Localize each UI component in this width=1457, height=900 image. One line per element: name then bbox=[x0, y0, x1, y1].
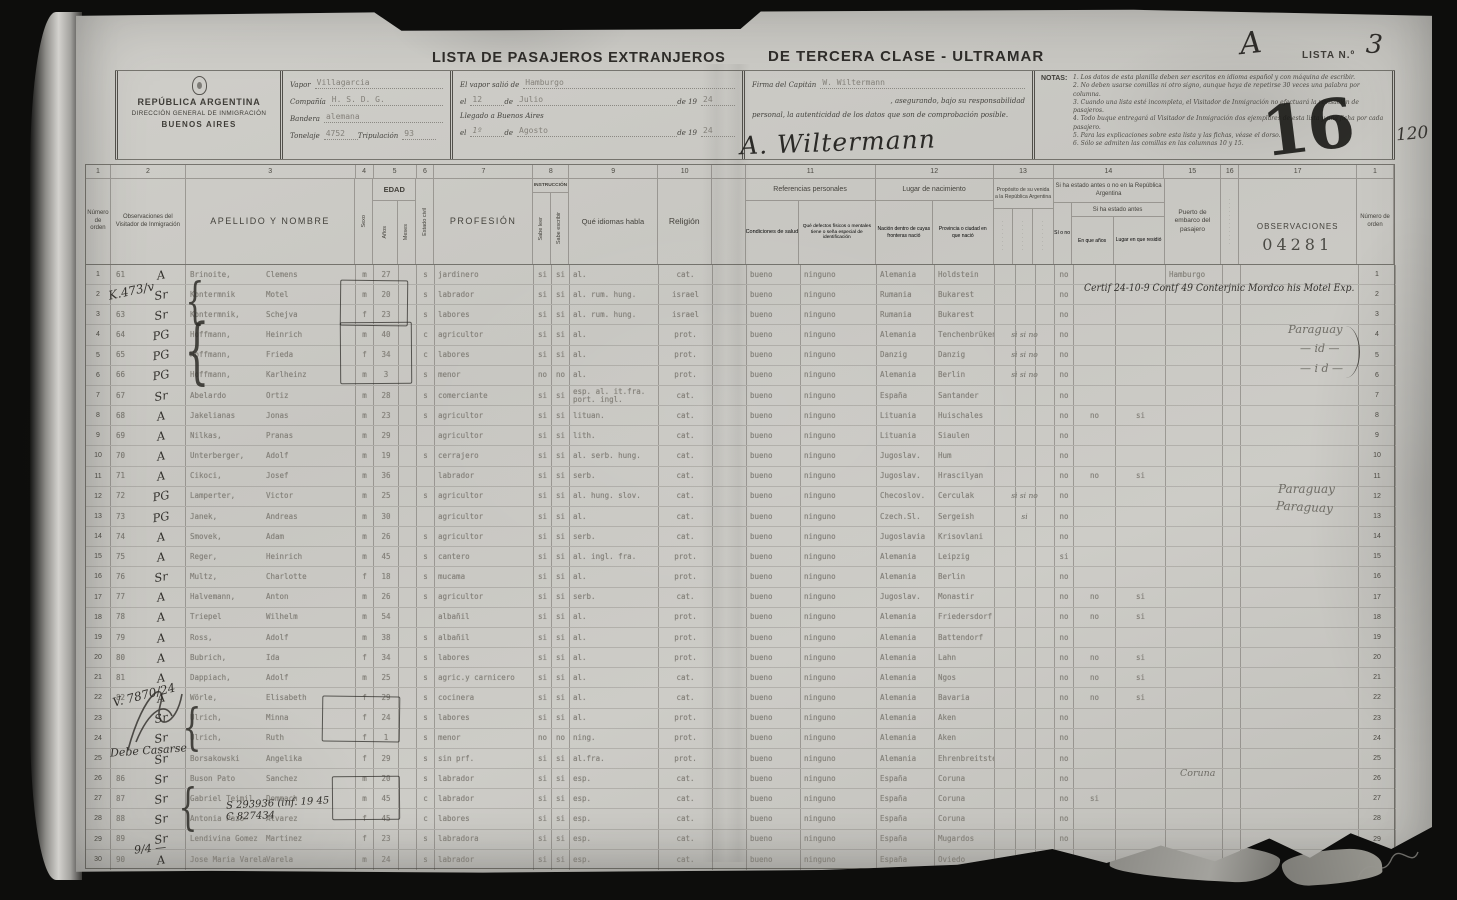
cell-anios bbox=[1074, 628, 1116, 647]
column-number: 8 bbox=[533, 165, 569, 178]
cell-fold bbox=[713, 789, 747, 808]
cell-rel: prot. bbox=[659, 547, 713, 566]
cell-si: no bbox=[1055, 729, 1074, 748]
cell-lee: si bbox=[534, 769, 552, 788]
cell-obs: 69A bbox=[111, 426, 186, 445]
cell-num2: 25 bbox=[1359, 749, 1396, 768]
cell-def: ninguno bbox=[801, 265, 877, 284]
col-header-meses: Meses bbox=[398, 201, 416, 264]
cell-civ: s bbox=[417, 688, 435, 707]
column-number: 5 bbox=[374, 165, 417, 178]
cell-sex: m bbox=[356, 406, 374, 425]
cell-mes bbox=[399, 527, 417, 546]
cell-lee: si bbox=[534, 709, 552, 728]
cell-anios bbox=[1074, 567, 1116, 586]
cell-fold bbox=[713, 749, 747, 768]
cell-nac: España bbox=[877, 789, 935, 808]
cell-fold bbox=[713, 325, 747, 344]
cell-obs17 bbox=[1241, 809, 1359, 828]
handwritten-mark: A bbox=[136, 547, 185, 566]
salio-label: El vapor salió de bbox=[460, 81, 519, 89]
table-row: 363SrKontermnik,Schejvaf23slaboressisial… bbox=[86, 305, 1396, 325]
cell-obs: 70A bbox=[111, 446, 186, 465]
column-number: 1 bbox=[86, 165, 111, 178]
cell-idio: esp. bbox=[570, 830, 659, 849]
salio-value: Hamburgo bbox=[523, 78, 735, 89]
cell-lugar bbox=[1116, 809, 1166, 828]
cell-def: ninguno bbox=[801, 588, 877, 607]
cell-prof: agric.y carnicero bbox=[435, 668, 534, 687]
cell-anios bbox=[1074, 850, 1116, 870]
cell-def: ninguno bbox=[801, 527, 877, 546]
cell-esc: si bbox=[552, 688, 570, 707]
cell-num: 11 bbox=[86, 467, 111, 486]
cell-lee: si bbox=[534, 386, 552, 405]
cell-name: Bubrich,Ida bbox=[186, 648, 356, 667]
col-header-proposito-sub-1 bbox=[994, 209, 1014, 264]
cell-16 bbox=[1223, 507, 1241, 526]
cell-16 bbox=[1223, 567, 1241, 586]
cell-prof: cerrajero bbox=[435, 446, 534, 465]
col-header-profesion: PROFESIÓN bbox=[434, 179, 533, 264]
cell-esc: si bbox=[552, 567, 570, 586]
handwritten-mark: PG bbox=[136, 507, 185, 526]
cell-lee: si bbox=[534, 588, 552, 607]
cell-anios: no bbox=[1074, 668, 1116, 687]
cell-sex: f bbox=[356, 830, 374, 849]
pencil-sequence-number: 71 bbox=[111, 472, 137, 480]
de19-label: de 19 bbox=[677, 129, 697, 137]
cell-name: Hoffmann,Karlheinz bbox=[186, 366, 356, 385]
cell-prof: labrador bbox=[435, 850, 534, 870]
cell-anos: 18 bbox=[374, 567, 399, 586]
cell-idio: esp. bbox=[570, 809, 659, 828]
cell-rel: cat. bbox=[659, 850, 713, 870]
cell-nac: España bbox=[877, 386, 935, 405]
cell-fold bbox=[713, 850, 747, 870]
cell-idio: serb. bbox=[570, 588, 659, 607]
cell-lugar bbox=[1116, 446, 1166, 465]
cell-num2: 18 bbox=[1359, 608, 1396, 627]
passenger-surname: Cikoci, bbox=[186, 472, 264, 480]
cell-lee: si bbox=[534, 648, 552, 667]
cell-lugar: si bbox=[1116, 608, 1166, 627]
cell-lugar bbox=[1116, 789, 1166, 808]
tripulacion-value: 93 bbox=[402, 129, 436, 140]
cell-puerto bbox=[1166, 749, 1223, 768]
cell-num2: 5 bbox=[1359, 346, 1396, 365]
cell-puerto bbox=[1166, 608, 1223, 627]
cell-obs17 bbox=[1241, 709, 1359, 728]
cell-prop bbox=[995, 527, 1055, 546]
handwritten-mark: A bbox=[136, 648, 185, 667]
cell-16 bbox=[1223, 648, 1241, 667]
cell-puerto bbox=[1166, 527, 1223, 546]
authority-dept: DIRECCIÓN GENERAL DE INMIGRACIÓN bbox=[125, 110, 273, 117]
cell-rel: cat. bbox=[659, 789, 713, 808]
table-row: 666PGHoffmann,Karlheinzm3smenornonoal.pr… bbox=[86, 366, 1396, 386]
cell-civ bbox=[417, 467, 435, 486]
cell-puerto bbox=[1166, 366, 1223, 385]
cell-salud: bueno bbox=[747, 769, 801, 788]
cell-prop bbox=[995, 446, 1055, 465]
cell-num2: 12 bbox=[1359, 487, 1396, 506]
cell-salud: bueno bbox=[747, 265, 801, 284]
tonelaje-label: Tonelaje bbox=[290, 132, 320, 140]
column-number: 6 bbox=[417, 165, 435, 178]
cell-lee: si bbox=[534, 426, 552, 445]
cell-si: no bbox=[1055, 426, 1074, 445]
cell-civ: s bbox=[417, 769, 435, 788]
cell-fold bbox=[713, 769, 747, 788]
col-header-observaciones-visitador: Observaciones del Visitador de Inmigraci… bbox=[111, 179, 186, 264]
table-row: 2181ADappiach,Adolfm25sagric.y carnicero… bbox=[86, 668, 1396, 688]
col-header-lugar-nacimiento: Lugar de nacimiento Nación dentro de cuy… bbox=[876, 179, 994, 264]
cell-obs17 bbox=[1241, 789, 1359, 808]
document-page: LISTA DE PASAJEROS EXTRANJEROS DE TERCER… bbox=[76, 8, 1432, 884]
pencil-sequence-number: 90 bbox=[111, 856, 137, 864]
cell-prov: Friedersdorf bbox=[935, 608, 995, 627]
cell-prop bbox=[995, 648, 1055, 667]
cell-lee: si bbox=[534, 850, 552, 870]
cell-prov: Santander bbox=[935, 386, 995, 405]
cell-def: ninguno bbox=[801, 608, 877, 627]
cell-sex: m bbox=[356, 426, 374, 445]
cell-lee: si bbox=[534, 285, 552, 304]
cell-salud: bueno bbox=[747, 830, 801, 849]
cell-si: no bbox=[1055, 386, 1074, 405]
cell-def: ninguno bbox=[801, 406, 877, 425]
cell-mes bbox=[399, 709, 417, 728]
cell-fold bbox=[713, 446, 747, 465]
cell-esc: si bbox=[552, 628, 570, 647]
cell-def: ninguno bbox=[801, 325, 877, 344]
cell-sex: f bbox=[356, 567, 374, 586]
table-row: 1878ATriepelWilhelmm54albañilsisial.prot… bbox=[86, 608, 1396, 628]
table-row: 24SrUlrich,Ruthf1smenornononing.prot.bue… bbox=[86, 729, 1396, 749]
pencil-box-ages-rows-27-28 bbox=[332, 776, 400, 821]
cell-num2: 19 bbox=[1359, 628, 1396, 647]
handwritten-page-letter: A bbox=[1238, 25, 1263, 62]
cell-def: ninguno bbox=[801, 446, 877, 465]
pencil-sequence-number: 74 bbox=[111, 533, 137, 541]
col-header-sexo: Sexo bbox=[355, 179, 373, 264]
cell-prop bbox=[995, 688, 1055, 707]
cell-prov: Tenchenbrüken bbox=[935, 325, 995, 344]
passenger-given-name: Adolf bbox=[264, 452, 355, 460]
cell-rel: cat. bbox=[659, 830, 713, 849]
cell-idio: esp. bbox=[570, 850, 659, 870]
cell-name: AbelardoOrtiz bbox=[186, 386, 356, 405]
cell-puerto bbox=[1166, 305, 1223, 324]
cell-puerto bbox=[1166, 467, 1223, 486]
cell-idio: al. bbox=[570, 265, 659, 284]
cell-mes bbox=[399, 789, 417, 808]
cell-rel: cat. bbox=[659, 467, 713, 486]
cell-prov: Hum bbox=[935, 446, 995, 465]
cell-prof: labores bbox=[435, 709, 534, 728]
handwritten-coruna: Coruna bbox=[1180, 768, 1215, 779]
cell-16 bbox=[1223, 628, 1241, 647]
de19-label: de 19 bbox=[677, 98, 697, 106]
cell-num: 18 bbox=[86, 608, 111, 627]
cell-idio: al. bbox=[570, 507, 659, 526]
cell-prop bbox=[995, 406, 1055, 425]
cell-esc: si bbox=[552, 265, 570, 284]
table-row: 1373PGJanek,Andreasm30agricultorsisial.c… bbox=[86, 507, 1396, 527]
cell-civ: s bbox=[417, 588, 435, 607]
cell-prop bbox=[995, 830, 1055, 849]
cell-num2: 22 bbox=[1359, 688, 1396, 707]
cell-fold bbox=[713, 527, 747, 546]
cell-lugar bbox=[1116, 325, 1166, 344]
cell-sex: m bbox=[356, 628, 374, 647]
cell-esc: si bbox=[552, 446, 570, 465]
cell-puerto bbox=[1166, 588, 1223, 607]
cell-lugar bbox=[1116, 426, 1166, 445]
cell-prov: Krisovlani bbox=[935, 527, 995, 546]
cell-civ: c bbox=[417, 325, 435, 344]
cell-obs: 71A bbox=[111, 467, 186, 486]
cell-anios bbox=[1074, 386, 1116, 405]
col-header-num-order-right: Número de orden bbox=[1357, 179, 1394, 264]
lista-number-label: LISTA N.º bbox=[1302, 50, 1355, 61]
cell-prof: labores bbox=[435, 809, 534, 828]
cell-prov: Coruna bbox=[935, 789, 995, 808]
cell-idio: al. bbox=[570, 688, 659, 707]
cell-lee: si bbox=[534, 688, 552, 707]
cell-si: no bbox=[1055, 608, 1074, 627]
cell-num2: 15 bbox=[1359, 547, 1396, 566]
cell-idio: esp. bbox=[570, 769, 659, 788]
cell-prov: Holdstein bbox=[935, 265, 995, 284]
cell-lugar: si bbox=[1116, 406, 1166, 425]
cell-obs: 73PG bbox=[111, 507, 186, 526]
cell-sex: f bbox=[356, 648, 374, 667]
cell-lee: si bbox=[534, 527, 552, 546]
col-header-religion: Religión bbox=[658, 179, 712, 264]
authority-city: BUENOS AIRES bbox=[125, 120, 273, 129]
cell-prov: Ehrenbreitstein bbox=[935, 749, 995, 768]
cell-lee: si bbox=[534, 265, 552, 284]
nota-item: 1. Los datos de esta planilla deben ser … bbox=[1073, 74, 1384, 82]
cell-salud: bueno bbox=[747, 285, 801, 304]
cell-prov: Bukarest bbox=[935, 305, 995, 324]
cell-prop bbox=[995, 467, 1055, 486]
table-row: 868AJakelianasJonasm23sagricultorsisilit… bbox=[86, 406, 1396, 426]
cell-num2: 2 bbox=[1359, 285, 1396, 304]
table-row: 464PGHoffmann,Heinrichm40cagricultorsisi… bbox=[86, 325, 1396, 345]
pencil-sequence-number: 68 bbox=[111, 412, 137, 420]
cell-prop bbox=[995, 608, 1055, 627]
cell-rel: cat. bbox=[659, 386, 713, 405]
cell-esc: no bbox=[552, 366, 570, 385]
cell-esc: si bbox=[552, 749, 570, 768]
cell-salud: bueno bbox=[747, 668, 801, 687]
cell-prov: Coruna bbox=[935, 809, 995, 828]
cell-si: no bbox=[1055, 527, 1074, 546]
pencil-sequence-number: 79 bbox=[111, 634, 137, 642]
table-row: 1474ASmovek,Adamm26sagricultorsisiserb.c… bbox=[86, 527, 1396, 547]
cell-name: Reger,Heinrich bbox=[186, 547, 356, 566]
pencil-sequence-number: 67 bbox=[111, 392, 137, 400]
cell-esc: si bbox=[552, 668, 570, 687]
handwritten-lista-number: 3 bbox=[1365, 29, 1384, 60]
cell-civ: s bbox=[417, 729, 435, 748]
cell-mes bbox=[399, 446, 417, 465]
cell-num2: 14 bbox=[1359, 527, 1396, 546]
cell-anios bbox=[1074, 749, 1116, 768]
cell-prof: sin prf. bbox=[435, 749, 534, 768]
cell-anios bbox=[1074, 507, 1116, 526]
cell-lee: si bbox=[534, 507, 552, 526]
table-row: 565PGHoffmann,Friedaf34claboressisial.pr… bbox=[86, 346, 1396, 366]
cell-lugar: si bbox=[1116, 588, 1166, 607]
cell-lugar: si bbox=[1116, 648, 1166, 667]
cell-prov: Mugardos bbox=[935, 830, 995, 849]
cell-16 bbox=[1223, 688, 1241, 707]
passenger-surname: Multz, bbox=[186, 573, 264, 581]
cell-num: 28 bbox=[86, 809, 111, 828]
passenger-given-name: Andreas bbox=[264, 513, 355, 521]
cell-anos: 54 bbox=[374, 608, 399, 627]
cell-name: Unterberger,Adolf bbox=[186, 446, 356, 465]
cell-civ: s bbox=[417, 446, 435, 465]
cell-num2: 4 bbox=[1359, 325, 1396, 344]
cell-prof: albañil bbox=[435, 628, 534, 647]
cell-def: ninguno bbox=[801, 648, 877, 667]
cell-def: ninguno bbox=[801, 709, 877, 728]
cell-obs: 87Sr bbox=[111, 789, 186, 808]
cell-sex: f bbox=[356, 749, 374, 768]
cell-prov: Siaulen bbox=[935, 426, 995, 445]
column-number: 11 bbox=[746, 165, 876, 178]
cell-si: no bbox=[1055, 749, 1074, 768]
cell-salud: bueno bbox=[747, 426, 801, 445]
cell-name: Buson PatoSanchez bbox=[186, 769, 356, 788]
cell-prov: Cerculak bbox=[935, 487, 995, 506]
cell-fold bbox=[713, 346, 747, 365]
cell-prof: labrador bbox=[435, 467, 534, 486]
cell-name: Multz,Charlotte bbox=[186, 567, 356, 586]
cell-anios bbox=[1074, 325, 1116, 344]
cell-salud: bueno bbox=[747, 487, 801, 506]
cell-16 bbox=[1223, 749, 1241, 768]
column-number: 15 bbox=[1164, 165, 1221, 178]
captain-clause-2: personal, la autenticidad de los datos q… bbox=[752, 111, 1025, 119]
cell-puerto bbox=[1166, 709, 1223, 728]
pencil-corner-scribble bbox=[1352, 842, 1422, 888]
cell-num2: 17 bbox=[1359, 588, 1396, 607]
cell-anios bbox=[1074, 709, 1116, 728]
cell-rel: prot. bbox=[659, 608, 713, 627]
cell-prop bbox=[995, 285, 1055, 304]
cell-num2: 7 bbox=[1359, 386, 1396, 405]
cell-rel: cat. bbox=[659, 426, 713, 445]
cell-sex: m bbox=[356, 668, 374, 687]
cell-prov: Monastir bbox=[935, 588, 995, 607]
cell-num2: 6 bbox=[1359, 366, 1396, 385]
cell-puerto bbox=[1166, 547, 1223, 566]
cell-obs: 86Sr bbox=[111, 769, 186, 788]
cell-obs: 78A bbox=[111, 608, 186, 627]
cell-lee: si bbox=[534, 608, 552, 627]
cell-fold bbox=[713, 426, 747, 445]
voyage-details-box: El vapor salió deHamburgo el12 deJulio d… bbox=[453, 71, 745, 159]
cell-prop bbox=[995, 789, 1055, 808]
cell-mes bbox=[399, 729, 417, 748]
cell-rel: cat. bbox=[659, 769, 713, 788]
handwritten-mark: A bbox=[136, 608, 185, 627]
cell-nac: España bbox=[877, 769, 935, 788]
cell-rel: prot. bbox=[659, 325, 713, 344]
cell-anios bbox=[1074, 830, 1116, 849]
cell-prof: labrador bbox=[435, 285, 534, 304]
cell-lugar bbox=[1116, 507, 1166, 526]
col-header-defectos: Qué defectos físicos o mentales tiene o … bbox=[799, 201, 874, 264]
cell-mes bbox=[399, 769, 417, 788]
cell-mes bbox=[399, 588, 417, 607]
cell-num2: 24 bbox=[1359, 729, 1396, 748]
cell-salud: bueno bbox=[747, 446, 801, 465]
cell-mes bbox=[399, 749, 417, 768]
cell-fold bbox=[713, 688, 747, 707]
cell-anios bbox=[1074, 366, 1116, 385]
cell-16 bbox=[1223, 467, 1241, 486]
pencil-sequence-number: 75 bbox=[111, 553, 137, 561]
cell-obs: 63Sr bbox=[111, 305, 186, 324]
cell-mes bbox=[399, 507, 417, 526]
cell-num: 12 bbox=[86, 487, 111, 506]
cell-esc: si bbox=[552, 547, 570, 566]
cell-idio: al. bbox=[570, 325, 659, 344]
cell-prof: cantero bbox=[435, 547, 534, 566]
cell-si: no bbox=[1055, 850, 1074, 870]
cell-lugar bbox=[1116, 709, 1166, 728]
cell-salud: bueno bbox=[747, 628, 801, 647]
cell-prop bbox=[995, 769, 1055, 788]
col-header-nacion: Nación dentro de cuyas fronteras nació bbox=[876, 201, 934, 264]
cell-num: 6 bbox=[86, 366, 111, 385]
cell-16 bbox=[1223, 325, 1241, 344]
col-header-provincia: Provincia o ciudad en que nació bbox=[933, 201, 992, 264]
cell-prof: agricultor bbox=[435, 426, 534, 445]
handwritten-paraguay-3: Paraguay bbox=[1276, 499, 1334, 516]
cell-si: no bbox=[1055, 305, 1074, 324]
cell-nac: Alemania bbox=[877, 668, 935, 687]
cell-esc: si bbox=[552, 467, 570, 486]
cell-rel: cat. bbox=[659, 668, 713, 687]
pencil-sequence-number: 66 bbox=[111, 371, 137, 379]
cell-salud: bueno bbox=[747, 386, 801, 405]
cell-anos: 23 bbox=[374, 406, 399, 425]
cell-rel: prot. bbox=[659, 648, 713, 667]
cell-name: Hoffmann,Heinrich bbox=[186, 325, 356, 344]
passenger-surname: Smovek, bbox=[186, 533, 264, 541]
cell-mes bbox=[399, 628, 417, 647]
cell-lugar bbox=[1116, 749, 1166, 768]
cell-obs17 bbox=[1241, 527, 1359, 546]
cell-obs17 bbox=[1241, 547, 1359, 566]
cell-si: no bbox=[1055, 366, 1074, 385]
cell-mes bbox=[399, 809, 417, 828]
tonelaje-value: 4752 bbox=[324, 129, 358, 140]
cell-fold bbox=[713, 507, 747, 526]
cell-prov: Aken bbox=[935, 709, 995, 728]
cell-lugar bbox=[1116, 527, 1166, 546]
passenger-given-name: Varela bbox=[264, 856, 355, 864]
table-row: 23SrUlrich,Minnaf24slaboressisial.prot.b… bbox=[86, 709, 1396, 729]
